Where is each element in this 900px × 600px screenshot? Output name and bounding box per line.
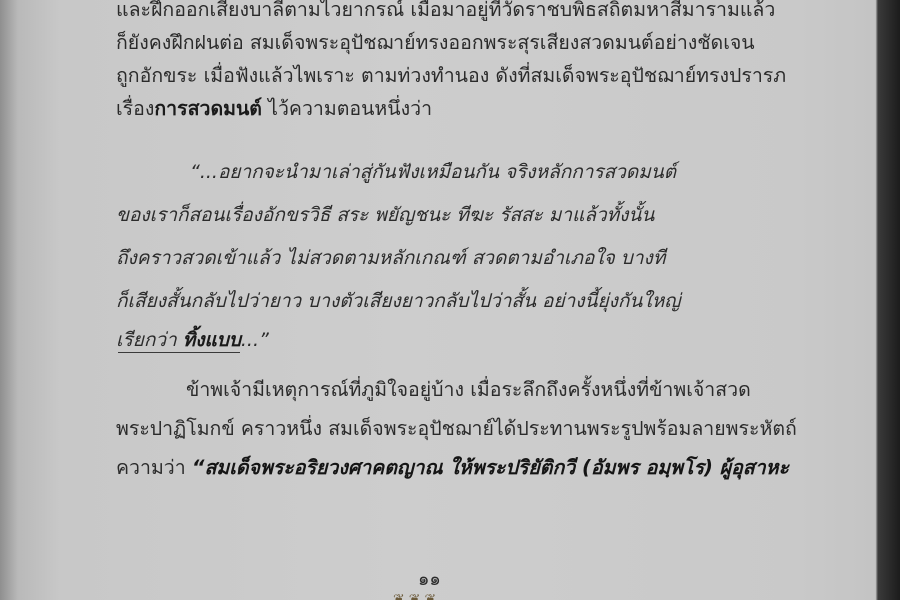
paragraph-line: ความว่า “สมเด็จพระอริยวงศาคตญาณ ให้พระปร… — [116, 452, 789, 483]
paragraph-line: เรื่องการสวดมนต์ ไว้ความตอนหนึ่งว่า — [116, 93, 432, 124]
bold-term: ทิ้งแบบ — [183, 329, 241, 351]
quote-line: เรียกว่า ทิ้งแบบ...” — [116, 325, 269, 355]
text-suffix: ...” — [241, 329, 269, 351]
paragraph-line: ข้าพเจ้ามีเหตุการณ์ที่ภูมิใจอยู่บ้าง เมื… — [186, 374, 751, 405]
paragraph-line: ถูกอักขระ เมื่อฟังแล้วไพเราะ ตามท่วงทำนอ… — [116, 60, 786, 91]
page-edge — [875, 0, 900, 600]
quote-line: ก็เสียงสั้นกลับไปว่ายาว บางตัวเสียงยาวกล… — [116, 286, 680, 316]
quote-line: ถึงคราวสวดเข้าแล้ว ไม่สวดตามหลักเกณฑ์ สว… — [116, 243, 665, 273]
quote-line: “...อยากจะนำมาเล่าสู่กันฟังเหมือนกัน จริ… — [190, 157, 676, 187]
paragraph-line: ก็ยังคงฝึกฝนต่อ สมเด็จพระอุปัชฌาย์ทรงออก… — [116, 27, 755, 58]
text-suffix: ไว้ความตอนหนึ่งว่า — [262, 97, 432, 120]
bold-term: การสวดมนต์ — [154, 97, 262, 120]
ornament-icon: ❦❦❦ — [393, 592, 473, 600]
underline-rule — [118, 352, 240, 353]
book-page: และฝึกออกเสียงบาลีตามไวยากรณ์ เมื่อมาอยู… — [0, 0, 875, 600]
text-prefix: ความว่า — [116, 456, 192, 479]
text-prefix: เรื่อง — [116, 97, 154, 120]
bold-italic-quote: “สมเด็จพระอริยวงศาคตญาณ ให้พระปริยัติกวี… — [192, 456, 789, 479]
text-prefix: เรียกว่า — [116, 329, 183, 351]
paragraph-line: พระปาฏิโมกข์ คราวหนึ่ง สมเด็จพระอุปัชฌาย… — [116, 413, 797, 444]
paragraph-line: และฝึกออกเสียงบาลีตามไวยากรณ์ เมื่อมาอยู… — [116, 0, 775, 25]
page-number: ๑๑ — [418, 564, 441, 593]
quote-line: ของเราก็สอนเรื่องอักขรวิธี สระ พยัญชนะ ท… — [116, 200, 654, 230]
